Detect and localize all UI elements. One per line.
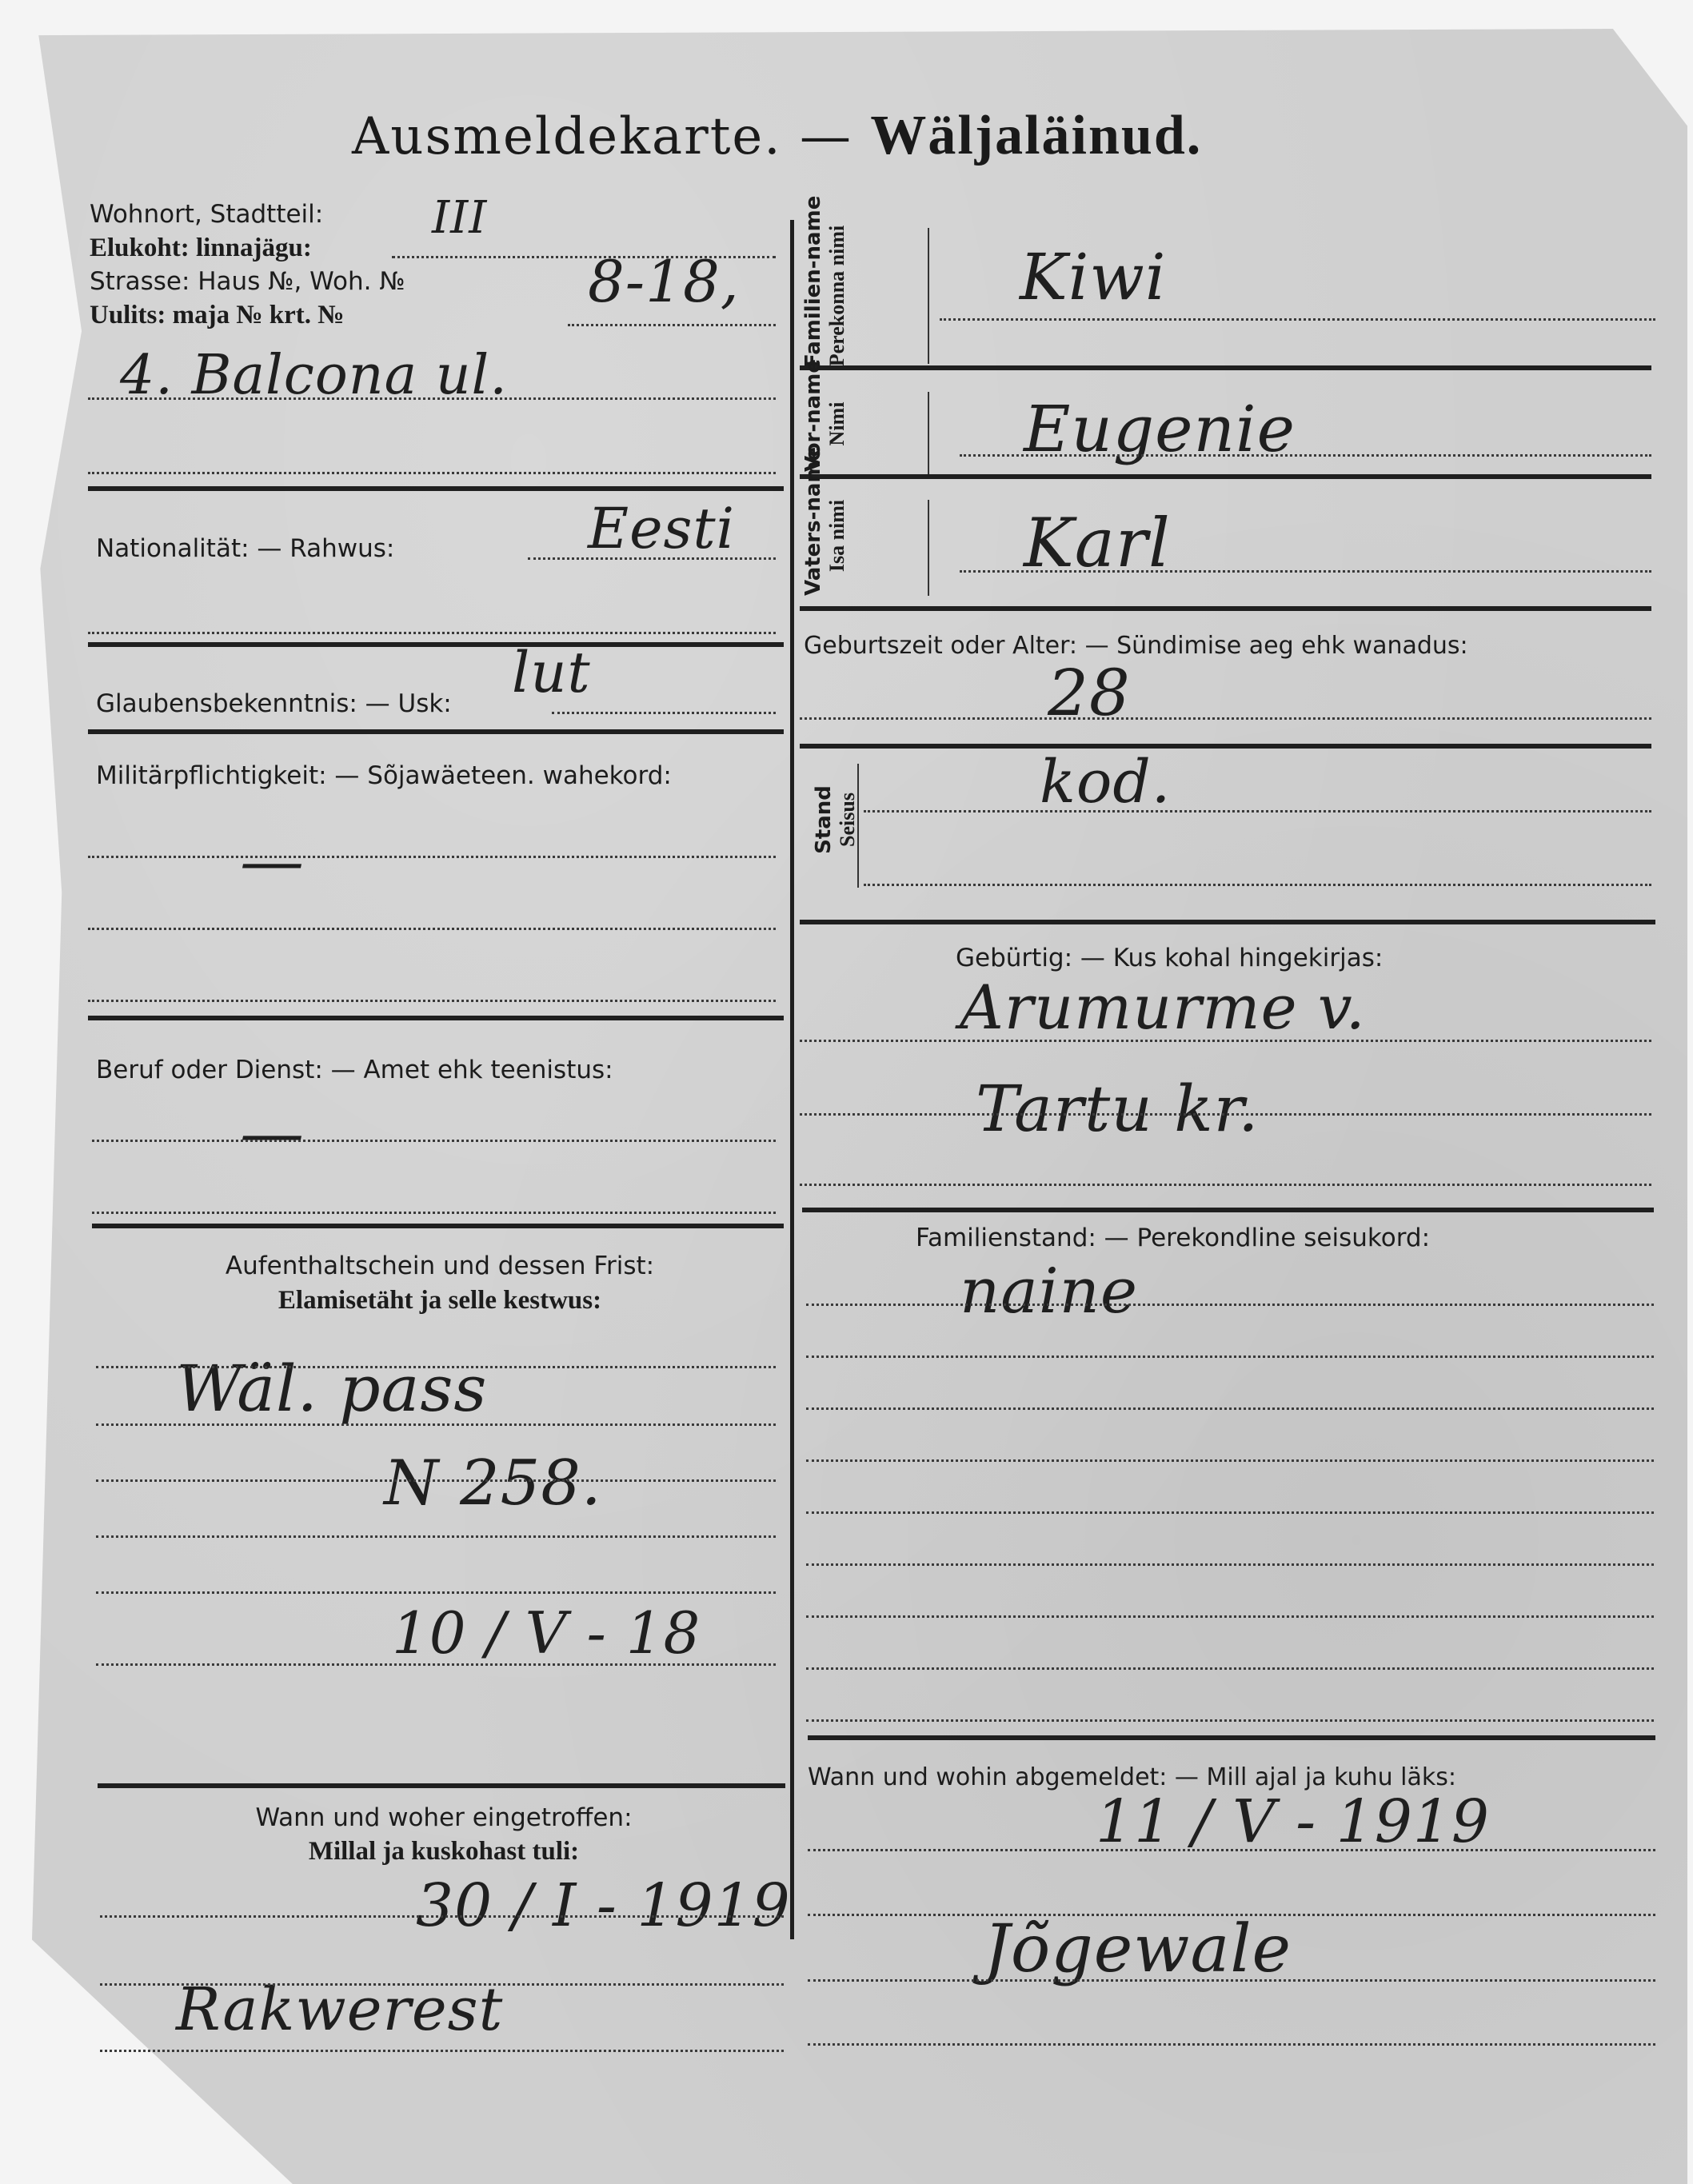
departure-date-value: 11 / V - 1919 bbox=[1096, 1787, 1490, 1856]
departure-place-value: Jõgewale bbox=[984, 1911, 1292, 1987]
title-estonian: Wäljaläinud. bbox=[870, 105, 1202, 166]
house-number-value: 8-18, bbox=[588, 248, 740, 315]
arrival-line bbox=[100, 1915, 784, 1918]
surname-label: Familien-name Perekonna nimi bbox=[801, 224, 849, 368]
permit-date-value: 10 / V - 18 bbox=[392, 1599, 701, 1667]
religion-line bbox=[552, 712, 776, 714]
departure-line bbox=[808, 1849, 1655, 1851]
surname-line bbox=[940, 318, 1655, 321]
label-divider bbox=[928, 392, 929, 476]
label-divider bbox=[928, 500, 929, 596]
section-rule bbox=[800, 474, 1651, 479]
section-rule bbox=[800, 606, 1651, 611]
section-rule bbox=[800, 920, 1655, 924]
origin-county-value: Tartu kr. bbox=[976, 1072, 1260, 1146]
family-status-line-3 bbox=[806, 1407, 1654, 1410]
permit-line bbox=[96, 1366, 776, 1368]
first-name-line bbox=[960, 454, 1651, 457]
birth-line bbox=[800, 717, 1651, 720]
occupation-value: — bbox=[240, 1096, 305, 1170]
occupation-line-2 bbox=[92, 1212, 776, 1214]
military-line bbox=[88, 856, 776, 858]
center-divider bbox=[790, 220, 794, 1939]
father-name-line bbox=[960, 570, 1651, 573]
permit-type-value: Wäl. pass bbox=[176, 1352, 487, 1426]
permit-line-3 bbox=[96, 1479, 776, 1482]
section-rule bbox=[802, 1208, 1654, 1212]
permit-label-et: Elamisetäht ja selle kestwus: bbox=[92, 1286, 788, 1316]
title-separator: — bbox=[800, 107, 852, 166]
family-status-line-7 bbox=[806, 1615, 1654, 1618]
occupation-line bbox=[92, 1140, 776, 1142]
arrival-line-2 bbox=[100, 1983, 784, 1986]
arrival-line-3 bbox=[100, 2050, 784, 2052]
house-line bbox=[568, 324, 776, 326]
estate-label-et: Seisus bbox=[836, 768, 860, 872]
street-line bbox=[88, 397, 776, 400]
arrival-label-et: Millal ja kuskohast tuli: bbox=[96, 1837, 792, 1867]
permit-number-value: N 258. bbox=[384, 1447, 602, 1519]
family-status-line-9 bbox=[806, 1719, 1654, 1722]
family-status-line-5 bbox=[806, 1511, 1654, 1514]
departure-line-4 bbox=[808, 2043, 1655, 2046]
estate-value: kod. bbox=[1040, 748, 1171, 817]
military-label: Militärpflichtigkeit: — Sõjawäeteen. wah… bbox=[96, 761, 672, 790]
title-german: Ausmeldekarte. bbox=[352, 107, 782, 166]
estate-label: Stand Seisus bbox=[812, 768, 860, 872]
permit-label-de: Aufenthaltschein und dessen Frist: bbox=[92, 1252, 788, 1280]
estate-line-2 bbox=[864, 884, 1651, 886]
family-status-line-2 bbox=[806, 1356, 1654, 1358]
form-title: Ausmeldekarte. — Wäljaläinud. bbox=[352, 104, 1202, 168]
military-value: — bbox=[240, 824, 305, 898]
section-rule bbox=[88, 486, 784, 491]
surname-label-et: Perekonna nimi bbox=[825, 224, 849, 368]
street-label-de: Strasse: Haus №, Woh. № bbox=[90, 267, 405, 296]
section-rule bbox=[800, 744, 1651, 749]
military-line-3 bbox=[88, 1000, 776, 1002]
permit-line-6 bbox=[96, 1663, 776, 1666]
label-divider bbox=[928, 228, 929, 364]
estate-label-de: Stand bbox=[812, 768, 836, 872]
origin-line-2 bbox=[800, 1113, 1651, 1116]
arrival-date-value: 30 / I - 1919 bbox=[416, 1871, 791, 1940]
arrival-label-de: Wann und woher eingetroffen: bbox=[96, 1803, 792, 1832]
section-rule bbox=[88, 729, 784, 734]
estate-line bbox=[864, 810, 1651, 813]
section-rule bbox=[808, 1735, 1655, 1740]
family-status-value: naine bbox=[960, 1256, 1138, 1328]
family-status-line bbox=[806, 1304, 1654, 1306]
label-divider bbox=[857, 764, 859, 888]
religion-value: lut bbox=[512, 640, 591, 705]
family-status-label: Familienstand: — Perekondline seisukord: bbox=[916, 1224, 1430, 1252]
origin-parish-value: Arumurme v. bbox=[960, 972, 1366, 1043]
section-rule bbox=[92, 1224, 784, 1228]
first-name-label-et: Nimi bbox=[825, 376, 849, 472]
nationality-label: Nationalität: — Rahwus: bbox=[96, 534, 394, 563]
military-line-2 bbox=[88, 928, 776, 930]
occupation-label: Beruf oder Dienst: — Amet ehk teenistus: bbox=[96, 1056, 613, 1084]
permit-line-2 bbox=[96, 1423, 776, 1426]
father-name-label: Vaters-name Isa nimi bbox=[801, 476, 849, 596]
residence-label-et: Elukoht: linnajägu: bbox=[90, 234, 312, 263]
family-status-line-8 bbox=[806, 1667, 1654, 1670]
birth-label: Geburtszeit oder Alter: — Sündimise aeg … bbox=[804, 632, 1468, 660]
residence-value: III bbox=[432, 192, 487, 244]
origin-line-3 bbox=[800, 1184, 1651, 1186]
religion-label: Glaubensbekenntnis: — Usk: bbox=[96, 689, 452, 718]
father-name-label-et: Isa nimi bbox=[825, 476, 849, 596]
permit-line-5 bbox=[96, 1591, 776, 1594]
street-label-et: Uulits: maja № krt. № bbox=[90, 301, 344, 330]
permit-line-4 bbox=[96, 1535, 776, 1538]
street-line-2 bbox=[88, 472, 776, 474]
section-rule bbox=[88, 1016, 784, 1020]
section-rule bbox=[88, 642, 784, 647]
origin-line bbox=[800, 1040, 1651, 1042]
family-status-line-6 bbox=[806, 1563, 1654, 1566]
nationality-value: Eesti bbox=[588, 496, 735, 561]
origin-label: Gebürtig: — Kus kohal hingekirjas: bbox=[956, 944, 1383, 972]
nationality-line bbox=[528, 557, 776, 560]
section-rule bbox=[98, 1783, 785, 1788]
section-rule bbox=[800, 365, 1651, 370]
surname-label-de: Familien-name bbox=[801, 224, 825, 368]
departure-line-2 bbox=[808, 1914, 1655, 1916]
father-name-label-de: Vaters-name bbox=[801, 476, 825, 596]
family-status-line-4 bbox=[806, 1459, 1654, 1462]
residence-label-de: Wohnort, Stadtteil: bbox=[90, 200, 323, 229]
nationality-line-2 bbox=[88, 632, 776, 634]
departure-line-3 bbox=[808, 1979, 1655, 1982]
surname-value: Kiwi bbox=[1020, 240, 1166, 314]
